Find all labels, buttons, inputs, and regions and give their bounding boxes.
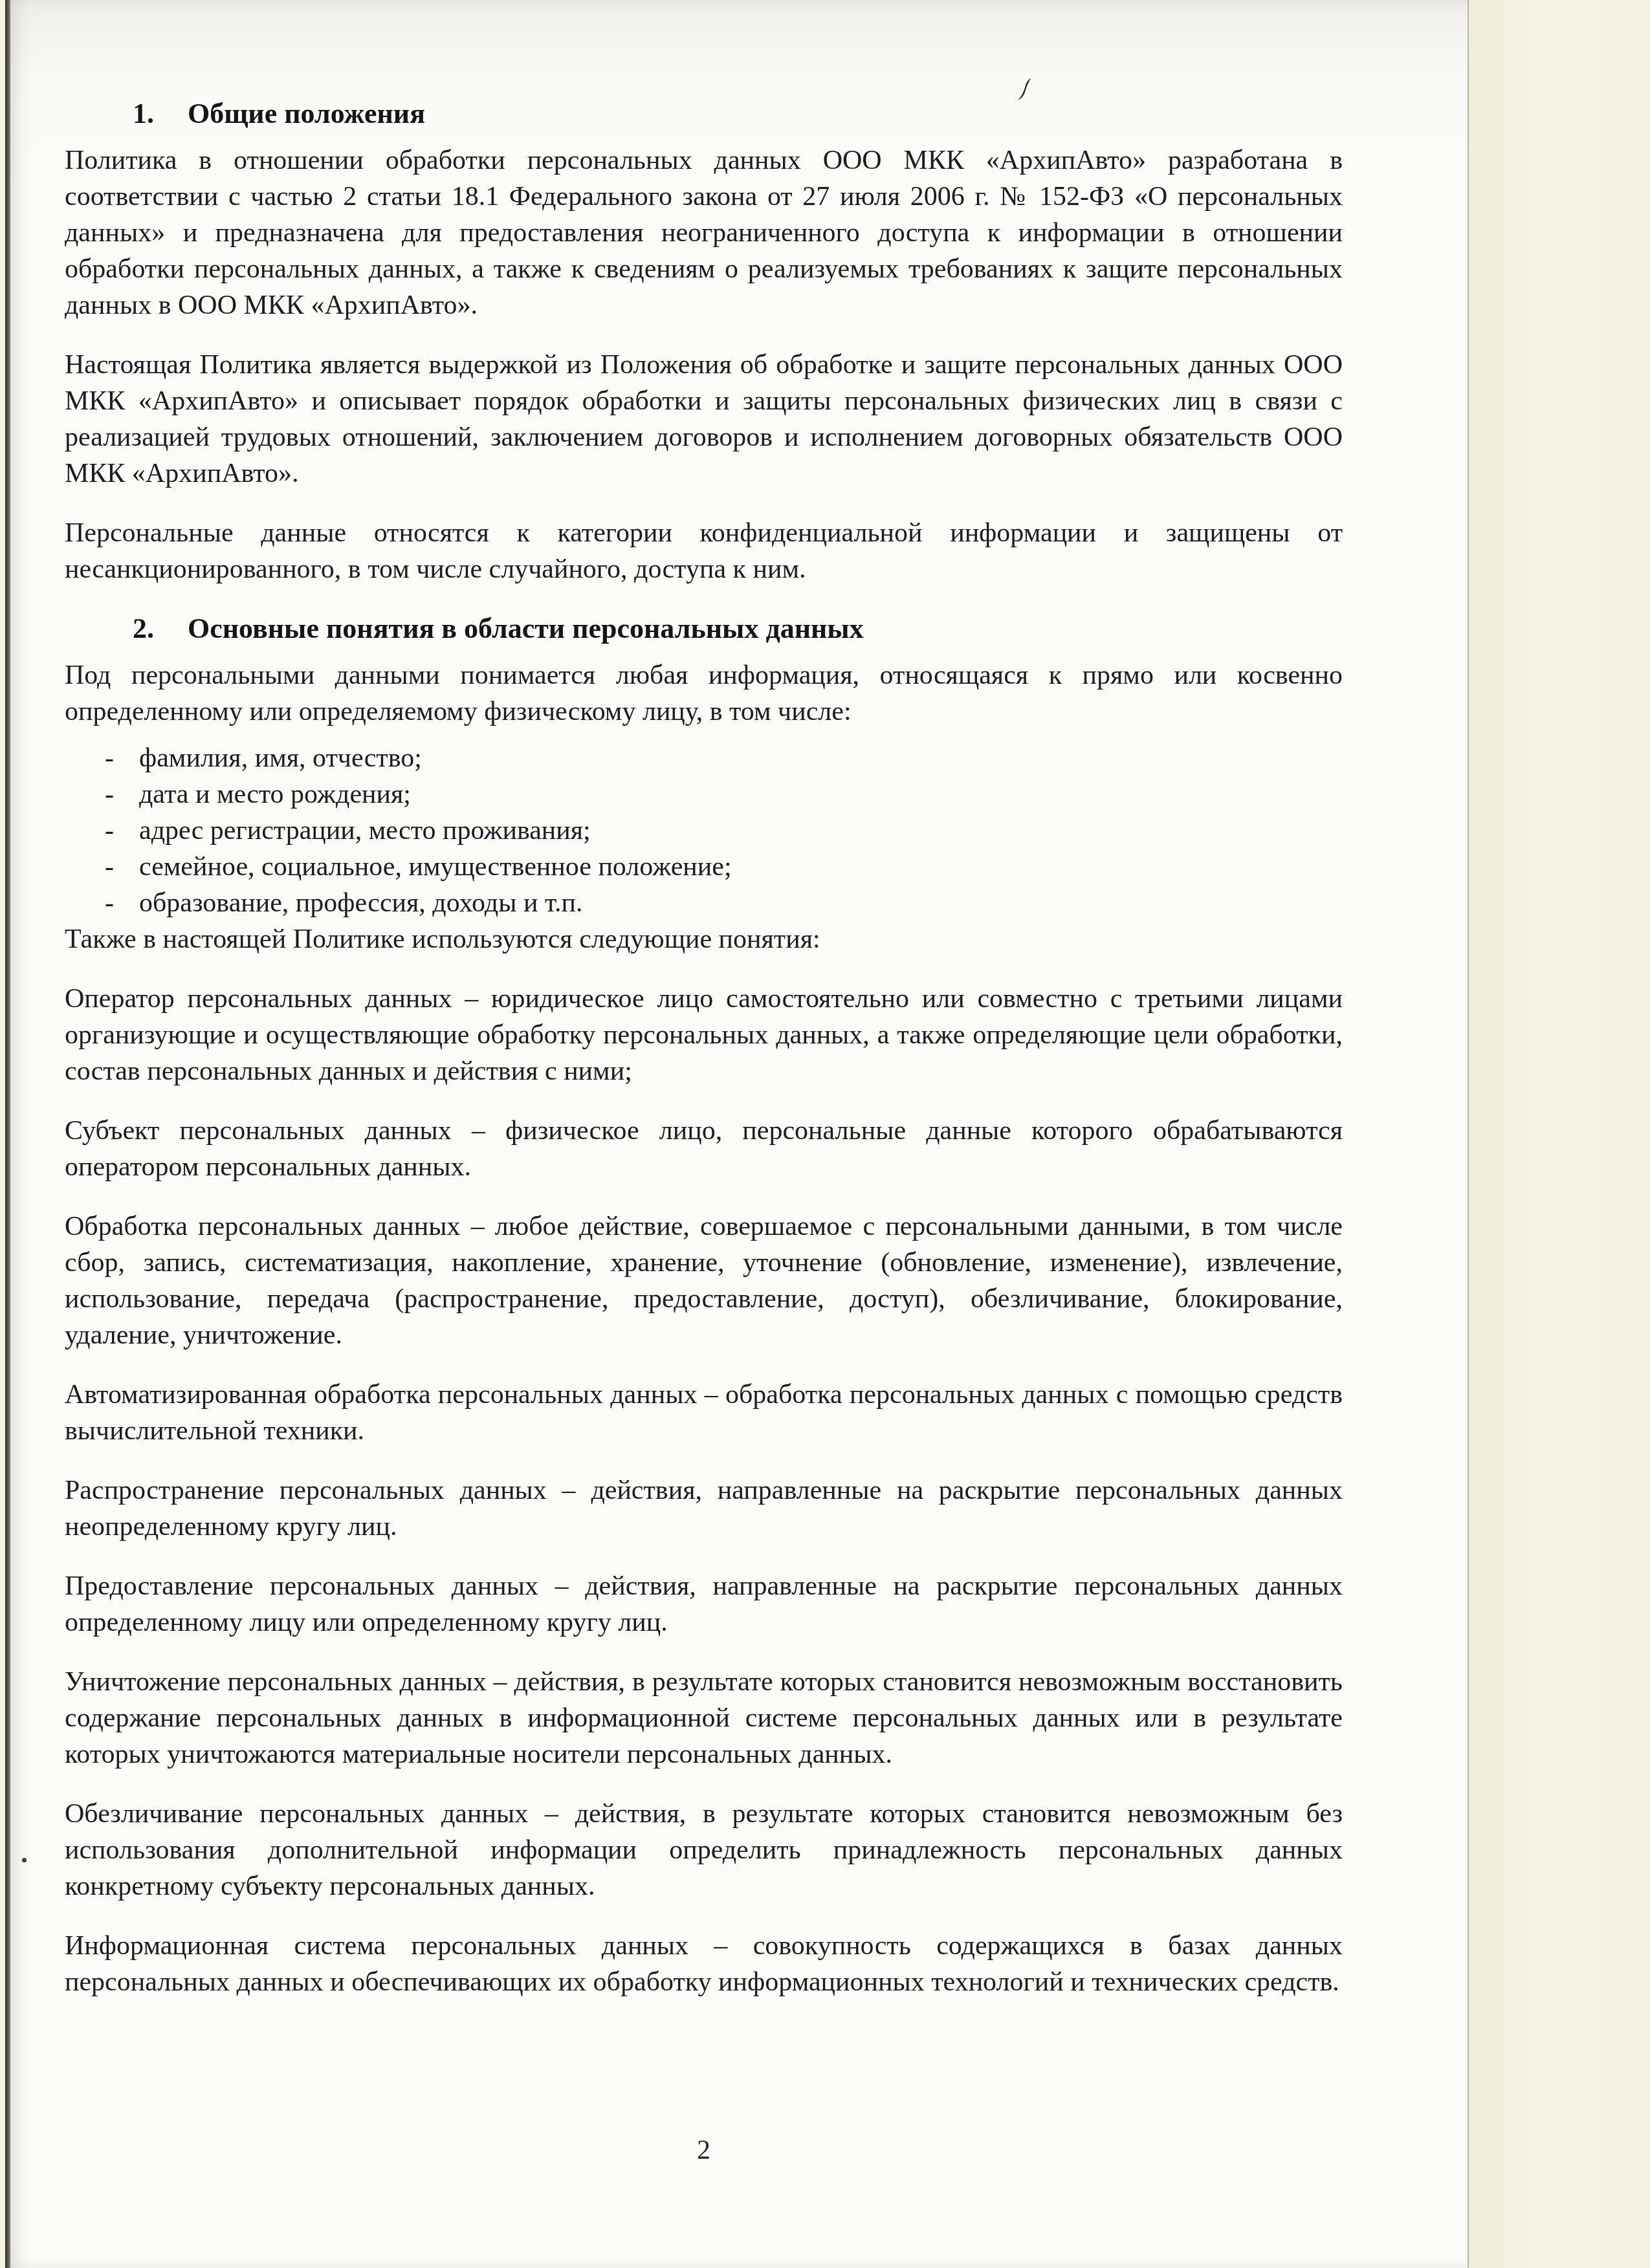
list-item: -фамилия, имя, отчество; [65,740,1343,776]
ink-dot-artifact [22,1858,27,1862]
definition-paragraph: Обработка персональных данных – любое де… [65,1208,1343,1353]
page-content: 1.Общие положения Политика в отношении о… [65,96,1343,2023]
list-item: -образование, профессия, доходы и т.п. [65,885,1343,921]
page-number: 2 [65,2135,1343,2166]
scanned-document: 1.Общие положения Политика в отношении о… [0,0,1650,2268]
section-1-heading: 1.Общие положения [65,96,1343,132]
paragraph: Политика в отношении обработки персональ… [65,142,1343,323]
paragraph: Персональные данные относятся к категори… [65,515,1343,587]
definition-paragraph: Информационная система персональных данн… [65,1928,1343,2000]
list-item-text: фамилия, имя, отчество; [139,743,422,773]
section-2-heading: 2.Основные понятия в области персональны… [65,611,1343,647]
list-item-text: образование, профессия, доходы и т.п. [139,888,583,918]
list-item: -дата и место рождения; [65,776,1343,812]
list-item: -семейное, социальное, имущественное пол… [65,849,1343,885]
personal-data-list: -фамилия, имя, отчество; -дата и место р… [65,740,1343,921]
paragraph: Также в настоящей Политике используются … [65,921,1343,957]
definition-paragraph: Оператор персональных данных – юридическ… [65,981,1343,1089]
paragraph: Под персональными данными понимается люб… [65,657,1343,730]
section-1-title: Общие положения [188,98,425,129]
definition-paragraph: Автоматизированная обработка персональны… [65,1377,1343,1449]
definition-paragraph: Субъект персональных данных – физическое… [65,1113,1343,1185]
paragraph: Настоящая Политика является выдержкой из… [65,347,1343,492]
list-item-text: адрес регистрации, место проживания; [139,816,591,845]
list-item-text: семейное, социальное, имущественное поло… [139,852,732,882]
definition-paragraph: Обезличивание персональных данных – дейс… [65,1796,1343,1904]
document-page: 1.Общие положения Политика в отношении о… [5,0,1468,2268]
dash-marker: - [105,812,114,849]
dash-marker: - [105,740,114,776]
list-item-text: дата и место рождения; [139,780,411,809]
list-item: -адрес регистрации, место проживания; [65,812,1343,849]
dash-marker: - [105,776,114,812]
dash-marker: - [105,885,114,921]
dash-marker: - [105,849,114,885]
scan-left-edge [5,0,10,2268]
section-2-number: 2. [133,611,188,647]
section-1-number: 1. [133,96,188,132]
section-2-title: Основные понятия в области персональных … [188,613,864,644]
definition-paragraph: Распространение персональных данных – де… [65,1472,1343,1545]
definition-paragraph: Предоставление персональных данных – дей… [65,1568,1343,1641]
scanner-background [1468,0,1650,2268]
definition-paragraph: Уничтожение персональных данных – действ… [65,1664,1343,1772]
